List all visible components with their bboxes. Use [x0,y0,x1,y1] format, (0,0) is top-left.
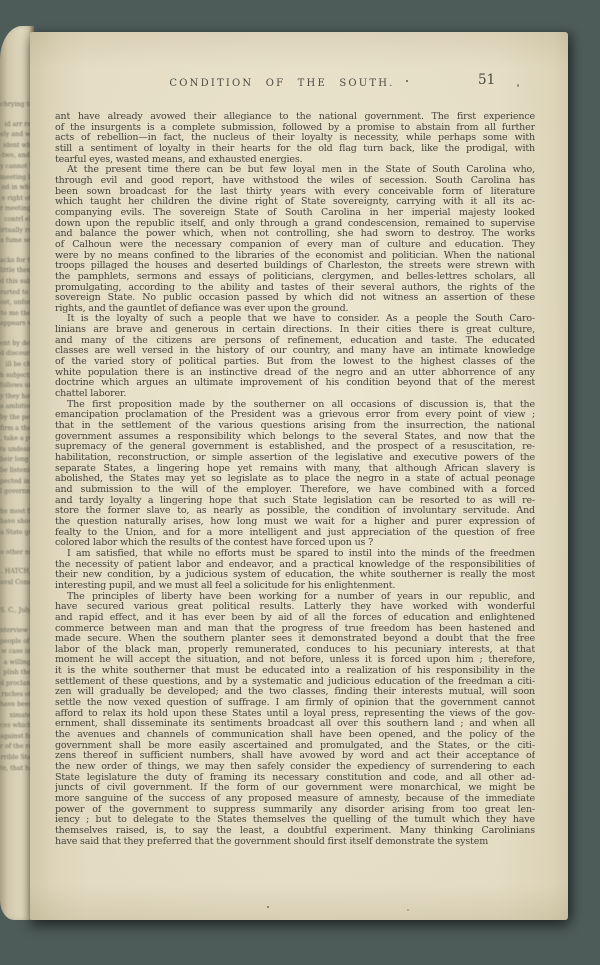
text-line: down upon the republic itself, and only … [55,219,535,230]
paper-speck [267,906,269,908]
text-line: The first proposition made by the southe… [55,400,535,411]
text-line: more sanguine of the success of any prop… [55,794,535,805]
text-line: companying evils. The sovereign State of… [55,208,535,219]
text-line: made secure. When the southern planter s… [55,634,535,645]
edge-text-fragment: ent by dete [0,339,31,350]
edge-text-fragment: d discoura [0,349,31,360]
paper-speck [406,80,408,82]
text-line: juncts of civil government. If the form … [55,783,535,794]
text-line: have secured various great political res… [55,602,535,613]
page-number: 51 [478,72,495,88]
text-line: chattel laborer. [55,389,535,400]
edge-gap [0,330,31,339]
edge-text-fragment: he most fin [0,507,31,518]
text-line: tearful eyes, wasted means, and exhauste… [55,155,535,166]
running-title: CONDITION OF THE SOUTH. [132,78,432,89]
text-line: moment he will accept the situation, and… [55,655,535,666]
edge-text-fragment: pected in a [0,477,31,488]
edge-text-fragment: against fa [0,732,31,743]
edge-text-fragment: e right of [0,194,31,205]
edge-text-fragment: meeting be [0,173,31,184]
text-line: and rapid effect, and it has ever been b… [55,613,535,624]
edge-text-fragment: rarted to b [0,288,31,299]
text-line: It is the loyalty of such a people that … [55,314,535,325]
edge-text-fragment: plish the [0,668,31,679]
edge-text-fragment: a fume sea [0,236,31,247]
edge-text-fragment: to me the [0,309,31,320]
edge-text-fragment: l governm [0,487,31,498]
edge-text-fragment: follows unl [0,381,31,392]
text-line: and many of the citizens are persons of … [55,336,535,347]
text-line: and submission to the will of the employ… [55,485,535,496]
edge-text-fragment: heir long de [0,455,31,466]
text-line: habilitation, reconstruction, or simple … [55,453,535,464]
edge-text-fragment: , take a posi [0,434,31,445]
text-line: settle the now vexed question of suffrag… [55,698,535,709]
edge-text-fragment: y cannot be [0,162,31,173]
edge-text-fragment: ill be ch [0,360,31,371]
edge-text-fragments: chrying tiid arr reely and whident wh-tw… [0,26,34,900]
text-line: commerce between man and man that the pr… [55,624,535,635]
edge-text-fragment: a willing [0,658,31,669]
edge-text-fragment: appears w [0,319,31,330]
text-line: doctrine which argues an ultimate improv… [55,378,535,389]
edge-text-fragment: ost, unform [0,298,31,309]
edge-text-fragment: ed in whi [0,183,31,194]
text-line: zen will gradually be developed; and the… [55,687,535,698]
text-line: abolished, the States may yet so legisla… [55,474,535,485]
text-line: the pamphlets, sermons and essays of pol… [55,272,535,283]
text-line: labor of the black man, properly remuner… [55,645,535,656]
text-line: classes are well versed in the history o… [55,346,535,357]
edge-text-fragment: d this sub [0,277,31,288]
book-scan: chrying tiid arr reely and whident wh-tw… [0,0,600,965]
text-line: of the varied story of political parties… [55,357,535,368]
body-text: ant have already avowed their allegiance… [55,112,535,847]
text-line: government assumes a responsibility whic… [55,432,535,443]
edge-text-fragment: have show [0,517,31,528]
text-line: I am satisfied, that while no efforts mu… [55,549,535,560]
text-line: The principles of liberty have been work… [55,592,535,603]
text-line: interesting pupil, and we must all feel … [55,581,535,592]
text-line: still a sentiment of loyalty in their he… [55,144,535,155]
text-line: afford to relax its hold upon these Stat… [55,709,535,720]
text-line: were by no means confined to the librari… [55,251,535,262]
edge-gap [0,558,31,567]
edge-text-fragment: nterview th [0,626,31,637]
paragraph: I am satisfied, that while no efforts mu… [55,549,535,592]
text-line: have said that they preferred that the g… [55,837,535,848]
text-line: separate States, a lingering hope yet re… [55,464,535,475]
text-line: fealty to the Union, and for a more inte… [55,528,535,539]
text-line: troops pillaged the houses and deserted … [55,261,535,272]
text-line: the new order of things, we may then saf… [55,762,535,773]
text-line: power of the government to suppress summ… [55,805,535,816]
text-line: ernment, shall disseminate its sentiment… [55,719,535,730]
edge-gap [0,111,31,120]
text-line: supremacy of the general government is e… [55,442,535,453]
paragraph: The first proposition made by the southe… [55,400,535,549]
text-line: settlement of these questions, and by a … [55,677,535,688]
edge-text-fragment: by the pen [0,413,31,424]
edge-text-fragment: acks for th [0,256,31,267]
text-line: and tardy loyalty a lingering hope that … [55,496,535,507]
edge-text-fragment: chrying ti [0,100,31,111]
edge-text-fragment: te, that he [0,764,31,775]
edge-text-fragment: ident wh [0,141,31,152]
text-line: and balance the power which, when not co… [55,229,535,240]
edge-text-fragment: d proclam [0,679,31,690]
edge-text-fragment: o other man [0,548,31,559]
edge-text-fragment: w case in [0,647,31,658]
text-line: it is the white southerner that must be … [55,666,535,677]
edge-text-fragment: rnches of [0,690,31,701]
text-line: sovereign State. No public occasion pass… [55,293,535,304]
edge-gap [0,617,31,626]
edge-text-fragment: h subjects [0,371,31,382]
edge-gap [0,498,31,507]
paragraph: At the present time there can be but few… [55,165,535,314]
paragraph: It is the loyalty of such a people that … [55,314,535,399]
edge-text-fragment: S. C., July 1 [0,606,31,617]
text-line: that in the settlement of the various qu… [55,421,535,432]
paragraph: ant have already avowed their allegiance… [55,112,535,165]
text-line: zens thereof in sufficient numbers, shal… [55,751,535,762]
edge-text-fragment: have been [0,700,31,711]
edge-text-fragment: r of the rep [0,742,31,753]
edge-text-fragment: aval Cons [0,578,31,589]
text-line: linians are brave and generous in certai… [55,325,535,336]
edge-text-fragment: y they hav [0,392,31,403]
edge-text-fragment: a State gov [0,528,31,539]
text-line: colored labor which the results of the c… [55,538,535,549]
paragraph: The principles of liberty have been work… [55,592,535,848]
text-line: been sown broadcast for the last thirty … [55,187,535,198]
text-line: acts of rebellion—in fact, the nucleus o… [55,133,535,144]
text-line: iency ; but to delegate to the States th… [55,815,535,826]
text-line: At the present time there can be but few… [55,165,535,176]
text-line: themselves raised, is, to say the least,… [55,826,535,837]
previous-page-edge: chrying tiid arr reely and whident wh-tw… [0,26,34,920]
paper-speck [407,909,409,911]
paper-speck [517,84,519,87]
text-line: the question naturally arises, how long … [55,517,535,528]
text-line: of Calhoun were the necessary companion … [55,240,535,251]
book-page: CONDITION OF THE SOUTH. 51 ant have alre… [30,32,568,920]
edge-text-fragment: ces which [0,721,31,732]
edge-text-fragment: contrl el [0,215,31,226]
edge-gap [0,597,31,606]
text-line: of the insurgents is a complete submissi… [55,123,535,134]
text-line: ant have already avowed their allegiance… [55,112,535,123]
edge-text-fragment: ts undesira [0,445,31,456]
edge-text-fragment: people of S [0,637,31,648]
text-line: promulgating, according to the ability a… [55,283,535,294]
text-line: government shall be more easily ascertai… [55,741,535,752]
edge-gap [0,588,31,597]
edge-gap [0,247,31,256]
edge-text-fragment: id arr re [0,120,31,131]
text-line: the necessity of patient labor and endea… [55,560,535,571]
text-line: their new condition, by a judicious syst… [55,570,535,581]
text-line: State legislature the duty of framing it… [55,773,535,784]
text-line: white population there is an instinctive… [55,368,535,379]
text-line: which taught her children the divine rig… [55,197,535,208]
edge-text-fragment: r meetings a [0,204,31,215]
edge-text-fragment: ely and wh [0,130,31,141]
edge-text-fragment: firm a then [0,424,31,435]
edge-text-fragment: little them [0,266,31,277]
text-line: emancipation proclamation of the Preside… [55,410,535,421]
edge-text-fragment: ximate [0,711,31,722]
text-line: rights, and the gauntlet of defiance was… [55,304,535,315]
text-line: store the former slave to, as nearly as … [55,506,535,517]
edge-text-fragment: . HATCH, [0,567,31,578]
edge-text-fragment: rrible Sta [0,753,31,764]
text-line: through evil and good report, have withs… [55,176,535,187]
edge-text-fragment: -two, and is [0,151,31,162]
edge-text-fragment: irtually ro [0,226,31,237]
edge-gap [0,539,31,548]
edge-text-fragment: be listenin [0,466,31,477]
edge-text-fragment: a ambition [0,402,31,413]
text-line: the avenues and channels of communicatio… [55,730,535,741]
